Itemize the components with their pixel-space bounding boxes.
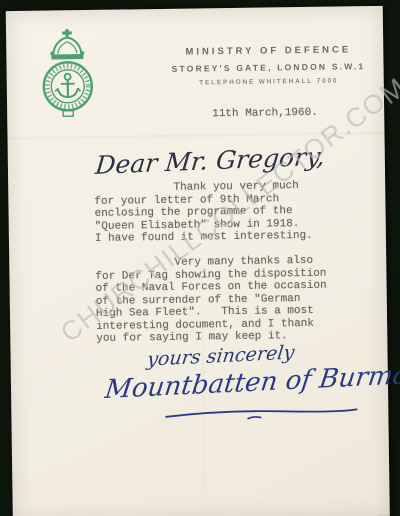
- scan-background: MINISTRY OF DEFENCE STOREY'S GATE, LONDO…: [0, 0, 400, 516]
- letter-date: 11th March,1960.: [212, 107, 318, 120]
- signature-flourish: [161, 404, 361, 423]
- letterhead-address: STOREY'S GATE, LONDON S.W.1: [163, 61, 373, 74]
- letterhead-telephone: TELEPHONE WHITEHALL 7000: [164, 77, 374, 87]
- crown-icon: [50, 29, 84, 59]
- anchor-icon: [55, 74, 81, 98]
- letterhead: MINISTRY OF DEFENCE STOREY'S GATE, LONDO…: [163, 44, 374, 87]
- letter-page: MINISTRY OF DEFENCE STOREY'S GATE, LONDO…: [6, 6, 390, 516]
- letterhead-department: MINISTRY OF DEFENCE: [163, 44, 373, 58]
- ministry-of-defence-crest: [36, 28, 99, 121]
